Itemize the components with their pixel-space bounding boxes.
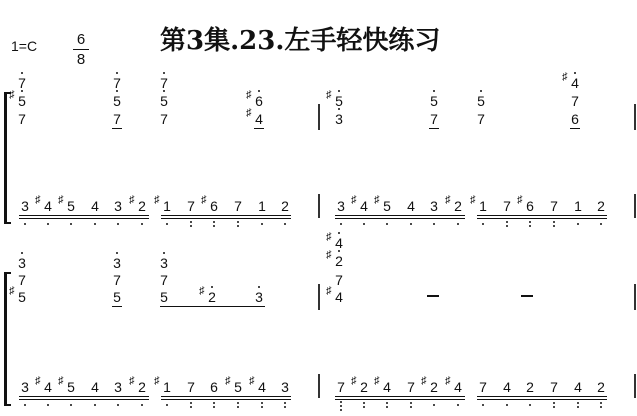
note: 7 xyxy=(475,112,487,126)
barline xyxy=(318,374,320,398)
time-signature-numerator: 6 xyxy=(72,30,90,49)
sharp-sign: ♯ xyxy=(246,88,252,102)
note: 7 xyxy=(335,380,347,394)
beam xyxy=(19,396,149,397)
beam xyxy=(19,215,149,216)
octave-dot-below xyxy=(340,409,342,411)
beam xyxy=(477,218,607,219)
note: ♯4 xyxy=(381,380,393,394)
note: ♯4 xyxy=(333,236,345,250)
beam xyxy=(161,399,291,400)
octave-dot-below xyxy=(363,223,365,225)
sharp-sign: ♯ xyxy=(445,193,451,207)
sharp-sign: ♯ xyxy=(58,193,64,207)
note: ♯5 xyxy=(65,199,77,213)
octave-dot-below xyxy=(166,223,168,225)
octave-dot-below xyxy=(457,404,459,406)
note: ♯6 xyxy=(253,94,265,108)
note: ♯2 xyxy=(333,254,345,268)
octave-dot-below xyxy=(213,221,215,223)
octave-dot-above xyxy=(21,72,23,74)
sharp-sign: ♯ xyxy=(326,88,332,102)
note: 7 xyxy=(548,199,560,213)
note: 3 xyxy=(279,380,291,394)
note: 5 xyxy=(111,94,123,108)
note: 7 xyxy=(111,76,123,90)
note: 3 xyxy=(253,290,265,304)
octave-dot-above xyxy=(574,72,576,74)
octave-dot-below xyxy=(457,223,459,225)
octave-dot-below xyxy=(117,404,119,406)
sharp-sign: ♯ xyxy=(517,193,523,207)
octave-dot-below xyxy=(213,406,215,408)
sharp-sign: ♯ xyxy=(374,374,380,388)
sharp-sign: ♯ xyxy=(154,374,160,388)
note: 7 xyxy=(477,380,489,394)
octave-dot-below xyxy=(213,402,215,404)
octave-dot-above xyxy=(258,286,260,288)
barline xyxy=(318,104,320,130)
note: ♯5 xyxy=(232,380,244,394)
octave-dot-below xyxy=(190,225,192,227)
octave-dot-below xyxy=(237,225,239,227)
note: ♯1 xyxy=(477,199,489,213)
sharp-sign: ♯ xyxy=(35,193,41,207)
note: ♯1 xyxy=(161,199,173,213)
beam xyxy=(335,215,465,216)
note: 5 xyxy=(428,94,440,108)
note: 7 xyxy=(158,273,170,287)
note: ♯6 xyxy=(524,199,536,213)
octave-dot-below xyxy=(410,406,412,408)
octave-dot-below xyxy=(600,223,602,225)
note: 7 xyxy=(569,94,581,108)
octave-dot-above xyxy=(211,286,213,288)
octave-dot-below xyxy=(410,402,412,404)
beam xyxy=(161,215,291,216)
sharp-sign: ♯ xyxy=(129,193,135,207)
beam xyxy=(19,399,149,400)
sharp-sign: ♯ xyxy=(249,374,255,388)
note: ♯1 xyxy=(161,380,173,394)
octave-dot-above xyxy=(116,72,118,74)
note: 7 xyxy=(111,112,123,126)
note: 3 xyxy=(19,199,31,213)
grand-staff-brace-bar xyxy=(4,272,7,404)
note: ♯5 xyxy=(333,94,345,108)
note: 7 xyxy=(232,199,244,213)
note: 2 xyxy=(279,199,291,213)
beam xyxy=(335,396,465,397)
octave-dot-below xyxy=(237,406,239,408)
octave-dot-below xyxy=(363,406,365,408)
octave-dot-below xyxy=(190,406,192,408)
octave-dot-below xyxy=(386,406,388,408)
sharp-sign: ♯ xyxy=(351,374,357,388)
note: ♯2 xyxy=(136,199,148,213)
octave-dot-below xyxy=(600,406,602,408)
note: ♯4 xyxy=(333,290,345,304)
octave-dot-below xyxy=(340,405,342,407)
octave-dot-above xyxy=(433,90,435,92)
note: 5 xyxy=(158,290,170,304)
sharp-sign: ♯ xyxy=(129,374,135,388)
octave-dot-below xyxy=(70,223,72,225)
note: 7 xyxy=(185,199,197,213)
tie-line xyxy=(160,306,265,307)
note: ♯2 xyxy=(358,380,370,394)
note: ♯2 xyxy=(452,199,464,213)
note: ♯4 xyxy=(42,380,54,394)
beam xyxy=(19,218,149,219)
note: 7 xyxy=(111,273,123,287)
note: ♯4 xyxy=(569,76,581,90)
octave-dot-below xyxy=(237,402,239,404)
octave-dot-below xyxy=(141,404,143,406)
rest-dash xyxy=(427,295,439,297)
barline xyxy=(634,284,636,310)
note: 7 xyxy=(16,76,28,90)
octave-dot-above xyxy=(163,90,165,92)
octave-dot-below xyxy=(284,223,286,225)
note: 3 xyxy=(112,199,124,213)
note: 7 xyxy=(185,380,197,394)
octave-dot-below xyxy=(237,221,239,223)
octave-dot-above xyxy=(116,252,118,254)
octave-dot-below xyxy=(482,223,484,225)
octave-dot-below xyxy=(529,221,531,223)
octave-dot-above xyxy=(258,90,260,92)
note: 5 xyxy=(158,94,170,108)
note: 3 xyxy=(333,112,345,126)
sharp-sign: ♯ xyxy=(562,70,568,84)
octave-dot-below xyxy=(24,404,26,406)
octave-dot-below xyxy=(190,402,192,404)
note: 4 xyxy=(572,380,584,394)
octave-dot-above xyxy=(21,90,23,92)
note: 3 xyxy=(158,256,170,270)
octave-dot-above xyxy=(338,108,340,110)
octave-dot-below xyxy=(577,223,579,225)
note: 5 xyxy=(111,290,123,304)
page-title: 第3集.23.左手轻快练习 xyxy=(160,20,440,57)
note: 2 xyxy=(524,380,536,394)
barline xyxy=(634,194,636,218)
octave-dot-below xyxy=(553,221,555,223)
note: 1 xyxy=(256,199,268,213)
octave-dot-below xyxy=(47,404,49,406)
note: 7 xyxy=(158,112,170,126)
note: ♯4 xyxy=(256,380,268,394)
note: 4 xyxy=(89,199,101,213)
note: 7 xyxy=(428,112,440,126)
octave-dot-below xyxy=(386,223,388,225)
octave-dot-below xyxy=(506,225,508,227)
octave-dot-below xyxy=(577,402,579,404)
note: 4 xyxy=(405,199,417,213)
note: 3 xyxy=(112,380,124,394)
key-signature: 1=C xyxy=(11,38,37,54)
barline xyxy=(318,194,320,218)
octave-dot-below xyxy=(166,404,168,406)
octave-dot-above xyxy=(338,90,340,92)
note: 3 xyxy=(428,199,440,213)
note: 7 xyxy=(333,273,345,287)
sharp-sign: ♯ xyxy=(225,374,231,388)
note: ♯4 xyxy=(42,199,54,213)
note: 3 xyxy=(111,256,123,270)
octave-dot-below xyxy=(284,402,286,404)
note: 4 xyxy=(89,380,101,394)
beam xyxy=(161,218,291,219)
note: ♯6 xyxy=(208,199,220,213)
octave-dot-above xyxy=(21,252,23,254)
octave-dot-above xyxy=(480,90,482,92)
note: 7 xyxy=(16,112,28,126)
note: 7 xyxy=(16,273,28,287)
note: 2 xyxy=(595,199,607,213)
sharp-sign: ♯ xyxy=(154,193,160,207)
time-signature-denominator: 8 xyxy=(72,50,90,69)
beam xyxy=(477,215,607,216)
sharp-sign: ♯ xyxy=(374,193,380,207)
sharp-sign: ♯ xyxy=(445,374,451,388)
sharp-sign: ♯ xyxy=(246,106,252,120)
octave-dot-below xyxy=(553,402,555,404)
sharp-sign: ♯ xyxy=(9,88,15,102)
barline xyxy=(318,284,320,310)
sharp-sign: ♯ xyxy=(470,193,476,207)
octave-dot-above xyxy=(163,72,165,74)
octave-dot-below xyxy=(24,223,26,225)
note: 7 xyxy=(501,199,513,213)
octave-dot-below xyxy=(577,406,579,408)
sharp-sign: ♯ xyxy=(199,284,205,298)
time-signature: 6 8 xyxy=(72,30,90,69)
sharp-sign: ♯ xyxy=(326,284,332,298)
sharp-sign: ♯ xyxy=(421,374,427,388)
octave-dot-below xyxy=(261,223,263,225)
note: 7 xyxy=(405,380,417,394)
octave-dot-below xyxy=(386,402,388,404)
octave-dot-below xyxy=(284,406,286,408)
note: ♯4 xyxy=(358,199,370,213)
octave-dot-below xyxy=(600,402,602,404)
note: 2 xyxy=(595,380,607,394)
beam xyxy=(161,396,291,397)
note: ♯5 xyxy=(65,380,77,394)
sharp-sign: ♯ xyxy=(35,374,41,388)
note: ♯5 xyxy=(16,94,28,108)
beam xyxy=(477,399,607,400)
octave-dot-below xyxy=(47,223,49,225)
note: 1 xyxy=(572,199,584,213)
sharp-sign: ♯ xyxy=(9,284,15,298)
note: ♯2 xyxy=(136,380,148,394)
sharp-sign: ♯ xyxy=(326,248,332,262)
octave-dot-above xyxy=(338,232,340,234)
sharp-sign: ♯ xyxy=(201,193,207,207)
octave-dot-below xyxy=(529,225,531,227)
beam xyxy=(335,218,465,219)
octave-dot-below xyxy=(340,223,342,225)
beam xyxy=(477,396,607,397)
note: ♯4 xyxy=(253,112,265,126)
octave-dot-below xyxy=(482,404,484,406)
octave-dot-below xyxy=(553,406,555,408)
sharp-sign: ♯ xyxy=(58,374,64,388)
note: 6 xyxy=(208,380,220,394)
note: 7 xyxy=(548,380,560,394)
octave-dot-below xyxy=(340,401,342,403)
note: 4 xyxy=(501,380,513,394)
note: ♯2 xyxy=(428,380,440,394)
beam xyxy=(335,399,465,400)
octave-dot-below xyxy=(410,223,412,225)
octave-dot-below xyxy=(261,406,263,408)
grand-staff-brace-bar xyxy=(4,92,7,222)
rest-dash xyxy=(521,295,533,297)
note: 7 xyxy=(158,76,170,90)
note: 6 xyxy=(569,112,581,126)
note: 5 xyxy=(475,94,487,108)
sharp-sign: ♯ xyxy=(326,230,332,244)
octave-dot-below xyxy=(506,404,508,406)
note: 3 xyxy=(19,380,31,394)
octave-dot-below xyxy=(141,223,143,225)
octave-dot-below xyxy=(553,225,555,227)
note: 3 xyxy=(16,256,28,270)
octave-dot-below xyxy=(261,402,263,404)
octave-dot-below xyxy=(213,225,215,227)
octave-dot-below xyxy=(433,404,435,406)
note: ♯5 xyxy=(16,290,28,304)
octave-dot-below xyxy=(70,404,72,406)
note: ♯5 xyxy=(381,199,393,213)
note: ♯2 xyxy=(206,290,218,304)
octave-dot-above xyxy=(163,252,165,254)
octave-dot-below xyxy=(117,223,119,225)
octave-dot-below xyxy=(433,223,435,225)
barline xyxy=(634,104,636,130)
octave-dot-below xyxy=(506,221,508,223)
octave-dot-above xyxy=(338,250,340,252)
octave-dot-below xyxy=(190,221,192,223)
note: ♯4 xyxy=(452,380,464,394)
octave-dot-below xyxy=(94,404,96,406)
octave-dot-above xyxy=(116,90,118,92)
note: 3 xyxy=(335,199,347,213)
octave-dot-below xyxy=(529,404,531,406)
barline xyxy=(634,374,636,398)
octave-dot-below xyxy=(94,223,96,225)
octave-dot-below xyxy=(363,402,365,404)
sharp-sign: ♯ xyxy=(351,193,357,207)
